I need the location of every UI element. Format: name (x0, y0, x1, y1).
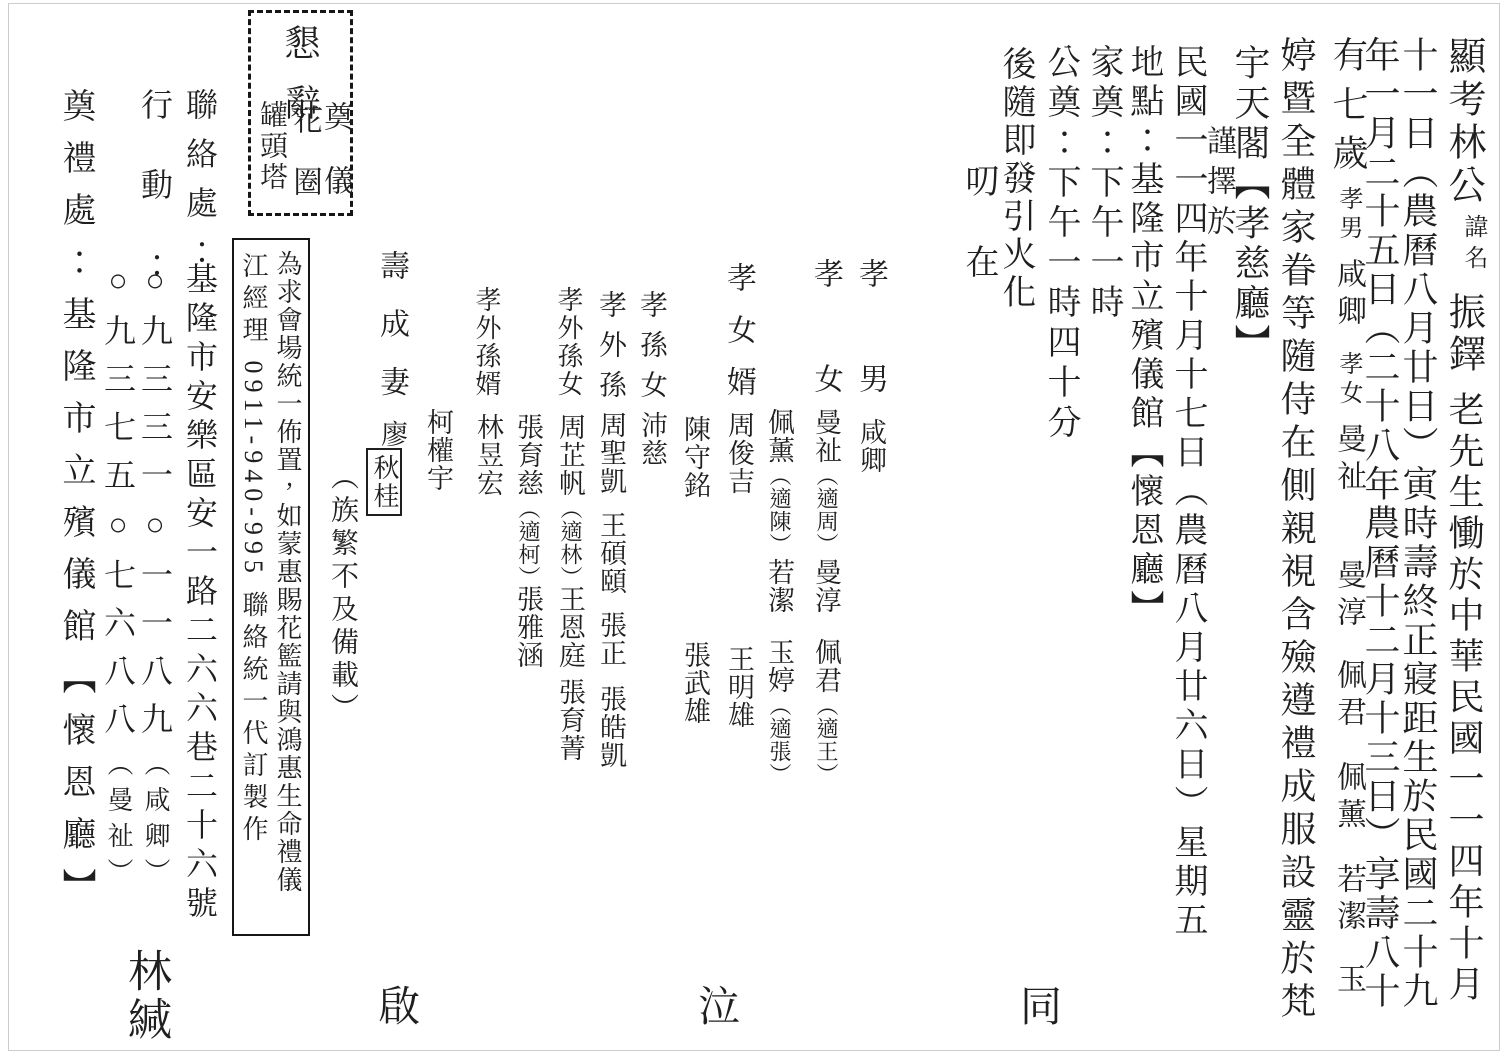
name-ext-granddaughter-4: 張育慈（適柯） (514, 413, 541, 589)
taboo-name-label: 諱名 (1461, 214, 1485, 276)
name-ext-grandson-in-law-1: 林昱宏 (474, 413, 501, 497)
name-granddaughter-1: 沛慈 (638, 411, 665, 467)
heading-ext-grandsons: 孝外孫 (596, 290, 624, 410)
wife-given-name-box: 秋桂 (366, 448, 402, 516)
name-ext-granddaughter-5: 張雅涵 (514, 585, 541, 669)
inline-daughter-2: 曼淳 (1333, 559, 1363, 633)
heading-ext-grandsons-in-law: 孝外孫婿 (473, 286, 499, 398)
heading-granddaughters: 孝孫女 (637, 290, 665, 410)
name-ext-granddaughter-3: 張育菁 (556, 678, 583, 762)
heading-wife: 壽成妻 (376, 250, 406, 424)
name-son-in-law-1: 周俊吉 (725, 411, 752, 495)
death-date-line: 十一日（農曆八月廿日）寅時壽終正寢距生於民國二十九 (1400, 36, 1436, 1011)
name-daughter-4: 佩薰（適陳） (765, 408, 792, 556)
married-into: （適柯） (516, 497, 541, 589)
mobile-number-1: ○九三三一○一一八九 (139, 262, 171, 750)
heading-sons-in-law: 孝女婿 (723, 262, 753, 418)
name-ext-granddaughter-2: 王恩庭 (556, 585, 583, 669)
family-note: （族繁不及備載） (328, 462, 356, 726)
age-line: 有七歲 (1330, 36, 1366, 183)
closing-announce: 啟 (374, 984, 416, 1026)
name-daughter-1: 曼祉（適周） (812, 408, 839, 556)
liaison-address: 基隆市安樂區安一路二六六巷二十六號 (184, 262, 216, 925)
chosen-date-label: 謹擇於 (1203, 125, 1233, 245)
name-ext-grandson-in-law-2: 柯權宇 (424, 408, 451, 492)
wife-surname: 廖 (378, 420, 405, 447)
married-into: （適陳） (767, 464, 792, 556)
humbly-related-line: 叨在 (961, 163, 995, 325)
closing-together: 同 (1016, 984, 1058, 1026)
decline-item-money: 奠儀 (320, 101, 350, 229)
funeral-date-line: 民國一一四年十月十七日（農曆八月廿六日）星期五 (1170, 44, 1204, 941)
name-text: 佩薰 (764, 408, 794, 464)
mourning-hall-line: 宇天閣【孝慈廳】 (1232, 44, 1268, 364)
wife-given-name: 秋桂 (370, 454, 399, 510)
name-text: 周芷帆 (555, 413, 585, 497)
inline-daughter-1: 曼祉 (1333, 423, 1363, 497)
inline-daughter-4: 佩薰 (1333, 761, 1363, 835)
public-service-line: 公奠：下午一時四十分 (1043, 44, 1077, 444)
name-daughter-5: 若潔 (765, 558, 792, 614)
cremation-line: 後隨即發引火化 (998, 46, 1032, 312)
name-daughter-6: 玉婷（適張） (765, 638, 792, 786)
venue-line: 地點：基隆市立殯儀館【懷恩廳】 (1126, 44, 1160, 629)
decline-item-wreath: 花圈 (289, 104, 319, 228)
name-son-1: 咸卿 (857, 418, 884, 474)
married-into: （適林） (558, 497, 583, 589)
name-ext-grandson-1: 周聖凱 (597, 411, 624, 495)
inline-son-label: 孝男 (1336, 186, 1360, 244)
obituary-page: { "colors": {"ink": "#1f1f1f", "frame": … (0, 0, 1505, 1056)
decline-item-canned-tower: 罐頭塔 (257, 100, 285, 193)
closing-weep: 泣 (694, 984, 736, 1026)
name-son-in-law-4: 張武雄 (681, 641, 708, 725)
family-seal: 林緘 (123, 948, 167, 1044)
heading-ext-granddaughters: 孝外孫女 (555, 286, 581, 398)
mobile-number-2: ○九三七五○七六八八 (102, 262, 134, 750)
family-service-line: 家奠：下午一時 (1086, 44, 1120, 324)
name-daughter-3: 佩君（適王） (812, 638, 839, 786)
inline-daughter-5: 若潔 (1333, 863, 1363, 937)
name-son-in-law-3: 陳守銘 (681, 415, 708, 499)
married-into: （適張） (767, 694, 792, 786)
married-into: （適王） (814, 694, 839, 786)
death-statement: 老先生慟於中華民國一一四年十月 (1446, 391, 1482, 1006)
inline-son-name: 咸卿 (1333, 258, 1363, 332)
inline-daughter-label: 孝女 (1336, 351, 1360, 409)
name-ext-grandson-4: 張皓凱 (597, 685, 624, 769)
name-son-in-law-2: 王明雄 (725, 645, 752, 729)
married-into: （適周） (814, 464, 839, 556)
name-ext-grandson-3: 張正 (597, 611, 624, 667)
florist-notice-line-2: 江經理 0911-940-995 聯絡統一代訂製作 (240, 252, 266, 847)
name-text: 玉婷 (764, 638, 794, 694)
deceased-name: 振鐸 (1444, 292, 1482, 376)
deceased-title: 顯考林公 (1444, 36, 1482, 208)
mobile-number-1-kin: （咸卿） (142, 750, 168, 894)
name-text: 張育慈 (513, 413, 543, 497)
name-ext-grandson-2: 王碩頤 (597, 511, 624, 595)
name-text: 曼祉 (811, 408, 841, 464)
name-text: 佩君 (811, 638, 841, 694)
funeral-hall-line: 奠禮處：基隆市立殯儀館【懷恩廳】 (58, 88, 92, 920)
inline-daughter-6: 玉 (1333, 963, 1363, 993)
mourning-line: 婷暨全體家眷等隨侍在側親視含殮遵禮成服設靈於梵 (1278, 36, 1314, 1025)
name-daughter-2: 曼淳 (812, 558, 839, 614)
name-ext-granddaughter-1: 周芷帆（適林） (556, 413, 583, 589)
florist-notice-line-1: 為求會場統一佈置，如蒙惠賜花籃請與鴻惠生命禮儀 (274, 250, 300, 894)
mobile-number-2-kin: （曼祉） (105, 750, 131, 894)
liaison-label: 聯絡處： (184, 88, 216, 284)
inline-daughter-3: 佩君 (1333, 659, 1363, 733)
